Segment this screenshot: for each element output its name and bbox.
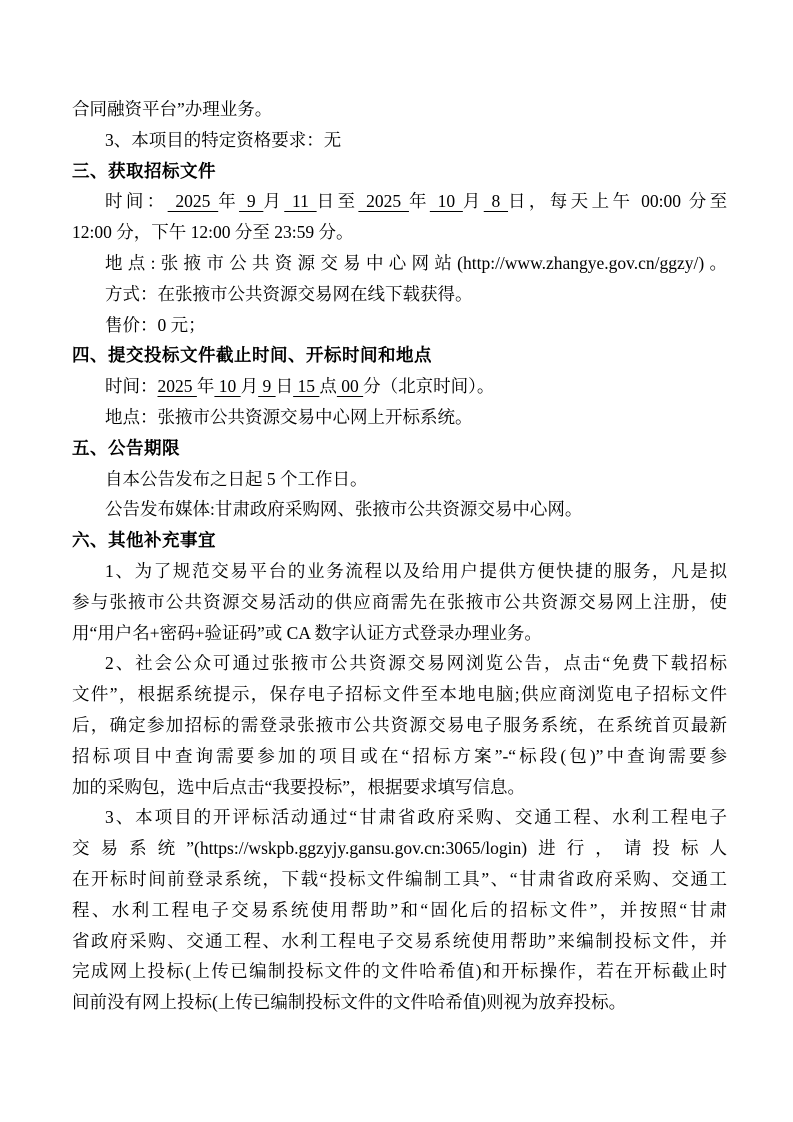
text-segment: 3、本项目的特定资格要求：无 xyxy=(105,130,341,150)
underlined-value: 15 xyxy=(293,376,319,396)
section-heading: 六、其他补充事宜 xyxy=(72,525,727,556)
text-segment: 间前没有网上投标(上传已编制投标文件的文件哈希值)则视为放弃投标。 xyxy=(72,992,626,1012)
document-page: 合同融资平台”办理业务。3、本项目的特定资格要求：无三、获取招标文件时间： 20… xyxy=(0,0,793,1122)
document-line: 时间：2025 年 10 月 9 日 15 点 00 分（北京时间）。 xyxy=(72,371,727,402)
underlined-value: 9 xyxy=(258,376,276,396)
document-line: 公告发布媒体:甘肃政府采购网、张掖市公共资源交易中心网。 xyxy=(72,494,727,525)
document-line: 方式：在张掖市公共资源交易网在线下载获得。 xyxy=(72,279,727,310)
document-line: 程、水利工程电子交易系统使用帮助”和“固化后的招标文件”，并按照“甘肃 xyxy=(72,895,727,926)
section-heading: 五、公告期限 xyxy=(72,433,727,464)
text-segment: 点 xyxy=(319,376,337,396)
text-segment: 五、公告期限 xyxy=(72,438,180,458)
underlined-value: 10 xyxy=(430,191,463,211)
document-line: 3、本项目的开评标活动通过“甘肃省政府采购、交通工程、水利工程电子 xyxy=(72,802,727,833)
document-line: 合同融资平台”办理业务。 xyxy=(72,94,727,125)
underlined-value: 00 xyxy=(337,376,363,396)
text-segment: 四、提交投标文件截止时间、开标时间和地点 xyxy=(72,345,432,365)
document-line: 自本公告发布之日起 5 个工作日。 xyxy=(72,464,727,495)
underlined-value: 10 xyxy=(214,376,240,396)
text-segment: 3、本项目的开评标活动通过“甘肃省政府采购、交通工程、水利工程电子 xyxy=(105,807,727,827)
text-segment: 文件”，根据系统提示，保存电子招标文件至本地电脑;供应商浏览电子招标文件 xyxy=(72,684,727,704)
text-segment: 加的采购包，选中后点击“我要投标”，根据要求填写信息。 xyxy=(72,777,525,797)
text-segment: 时间： xyxy=(105,191,168,211)
document-line: 用“用户名+密码+验证码”或 CA 数字认证方式登录办理业务。 xyxy=(72,618,727,649)
text-segment: 地点：张掖市公共资源交易中心网上开标系统。 xyxy=(105,407,473,427)
document-line: 后，确定参加招标的需登录张掖市公共资源交易电子服务系统，在系统首页最新 xyxy=(72,710,727,741)
document-line: 3、本项目的特定资格要求：无 xyxy=(72,125,727,156)
document-line: 完成网上投标(上传已编制投标文件的文件哈希值)和开标操作，若在开标截止时 xyxy=(72,956,727,987)
document-line: 招标项目中查询需要参加的项目或在“招标方案”-“标段(包)”中查询需要参 xyxy=(72,741,727,772)
underlined-value: 9 xyxy=(239,191,263,211)
text-segment: 12:00 分，下午 12:00 分至 23:59 分。 xyxy=(72,222,353,242)
text-segment: 公告发布媒体:甘肃政府采购网、张掖市公共资源交易中心网。 xyxy=(105,499,582,519)
text-segment: 月 xyxy=(263,191,284,211)
document-line: 地点:张掖市公共资源交易中心网站(http://www.zhangye.gov.… xyxy=(72,248,727,279)
text-segment: 月 xyxy=(463,191,484,211)
document-line: 地点：张掖市公共资源交易中心网上开标系统。 xyxy=(72,402,727,433)
text-segment: 交易系统”(https://wskpb.ggzyjy.gansu.gov.cn:… xyxy=(72,838,727,858)
text-segment: 用“用户名+密码+验证码”或 CA 数字认证方式登录办理业务。 xyxy=(72,623,542,643)
document-line: 在开标时间前登录系统，下载“投标文件编制工具”、“甘肃省政府采购、交通工 xyxy=(72,864,727,895)
underlined-value: 2025 xyxy=(168,191,219,211)
document-line: 文件”，根据系统提示，保存电子招标文件至本地电脑;供应商浏览电子招标文件 xyxy=(72,679,727,710)
text-segment: 2、社会公众可通过张掖市公共资源交易网浏览公告，点击“免费下载招标 xyxy=(105,653,727,673)
text-segment: 方式：在张掖市公共资源交易网在线下载获得。 xyxy=(105,284,473,304)
text-segment: 时间： xyxy=(105,376,158,396)
text-segment: 程、水利工程电子交易系统使用帮助”和“固化后的招标文件”，并按照“甘肃 xyxy=(72,900,727,920)
text-segment: 售价：0 元； xyxy=(105,315,206,335)
section-heading: 三、获取招标文件 xyxy=(72,156,727,187)
text-segment: 完成网上投标(上传已编制投标文件的文件哈希值)和开标操作，若在开标截止时 xyxy=(72,961,727,981)
text-segment: 日 xyxy=(276,376,294,396)
underlined-value: 2025 xyxy=(358,191,409,211)
text-segment: 年 xyxy=(218,191,239,211)
document-line: 售价：0 元； xyxy=(72,310,727,341)
text-segment: 六、其他补充事宜 xyxy=(72,530,216,550)
text-segment: 年 xyxy=(409,191,430,211)
underlined-value: 8 xyxy=(484,191,508,211)
document-line: 间前没有网上投标(上传已编制投标文件的文件哈希值)则视为放弃投标。 xyxy=(72,987,727,1018)
document-line: 参与张掖市公共资源交易活动的供应商需先在张掖市公共资源交易网上注册，使 xyxy=(72,587,727,618)
text-segment: 招标项目中查询需要参加的项目或在“招标方案”-“标段(包)”中查询需要参 xyxy=(72,746,727,766)
document-line: 省政府采购、交通工程、水利工程电子交易系统使用帮助”来编制投标文件，并 xyxy=(72,926,727,957)
document-line: 1、为了规范交易平台的业务流程以及给用户提供方便快捷的服务，凡是拟 xyxy=(72,556,727,587)
text-segment: 后，确定参加招标的需登录张掖市公共资源交易电子服务系统，在系统首页最新 xyxy=(72,715,727,735)
text-segment: 日至 xyxy=(317,191,359,211)
underlined-value: 2025 xyxy=(158,376,197,396)
document-line: 时间： 2025 年 9 月 11 日至 2025 年 10 月 8 日，每天上… xyxy=(72,186,727,217)
text-segment: 自本公告发布之日起 5 个工作日。 xyxy=(105,469,368,489)
text-segment: 年 xyxy=(197,376,215,396)
text-segment: 地点:张掖市公共资源交易中心网站(http://www.zhangye.gov.… xyxy=(105,253,727,273)
text-segment: 省政府采购、交通工程、水利工程电子交易系统使用帮助”来编制投标文件，并 xyxy=(72,931,727,951)
text-segment: 日，每天上午 00:00 分至 xyxy=(508,191,727,211)
text-segment: 1、为了规范交易平台的业务流程以及给用户提供方便快捷的服务，凡是拟 xyxy=(105,561,727,581)
section-heading: 四、提交投标文件截止时间、开标时间和地点 xyxy=(72,340,727,371)
text-segment: 月 xyxy=(241,376,259,396)
document-line: 加的采购包，选中后点击“我要投标”，根据要求填写信息。 xyxy=(72,772,727,803)
document-line: 交易系统”(https://wskpb.ggzyjy.gansu.gov.cn:… xyxy=(72,833,727,864)
underlined-value: 11 xyxy=(284,191,316,211)
text-segment: 参与张掖市公共资源交易活动的供应商需先在张掖市公共资源交易网上注册，使 xyxy=(72,592,727,612)
text-segment: 合同融资平台”办理业务。 xyxy=(72,99,272,119)
text-segment: 三、获取招标文件 xyxy=(72,161,216,181)
text-segment: 分（北京时间）。 xyxy=(363,376,494,396)
text-segment: 在开标时间前登录系统，下载“投标文件编制工具”、“甘肃省政府采购、交通工 xyxy=(72,869,727,889)
document-line: 12:00 分，下午 12:00 分至 23:59 分。 xyxy=(72,217,727,248)
document-line: 2、社会公众可通过张掖市公共资源交易网浏览公告，点击“免费下载招标 xyxy=(72,648,727,679)
